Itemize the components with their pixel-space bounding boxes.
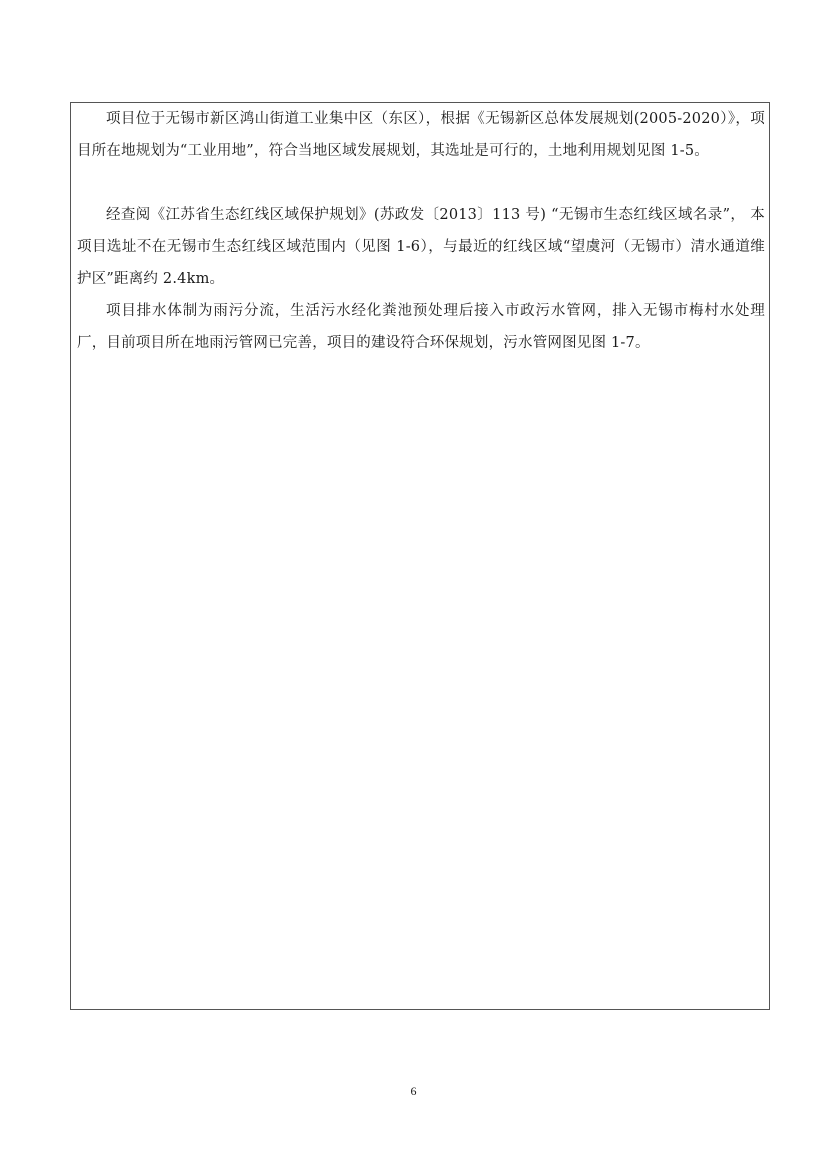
paragraph-drainage: 项目排水体制为雨污分流，生活污水经化粪池预处理后接入市政污水管网，排入无锡市梅村… — [77, 295, 765, 359]
content-table-cell: 项目位于无锡市新区鸿山街道工业集中区（东区），根据《无锡新区总体发展规划(200… — [70, 102, 770, 1010]
paragraph-ecological-redline: 经查阅《江苏省生态红线区域保护规划》(苏政发〔2013〕113 号) “无锡市生… — [77, 199, 765, 295]
paragraph-site-planning: 项目位于无锡市新区鸿山街道工业集中区（东区），根据《无锡新区总体发展规划(200… — [77, 103, 765, 167]
page-number: 6 — [0, 1084, 827, 1099]
